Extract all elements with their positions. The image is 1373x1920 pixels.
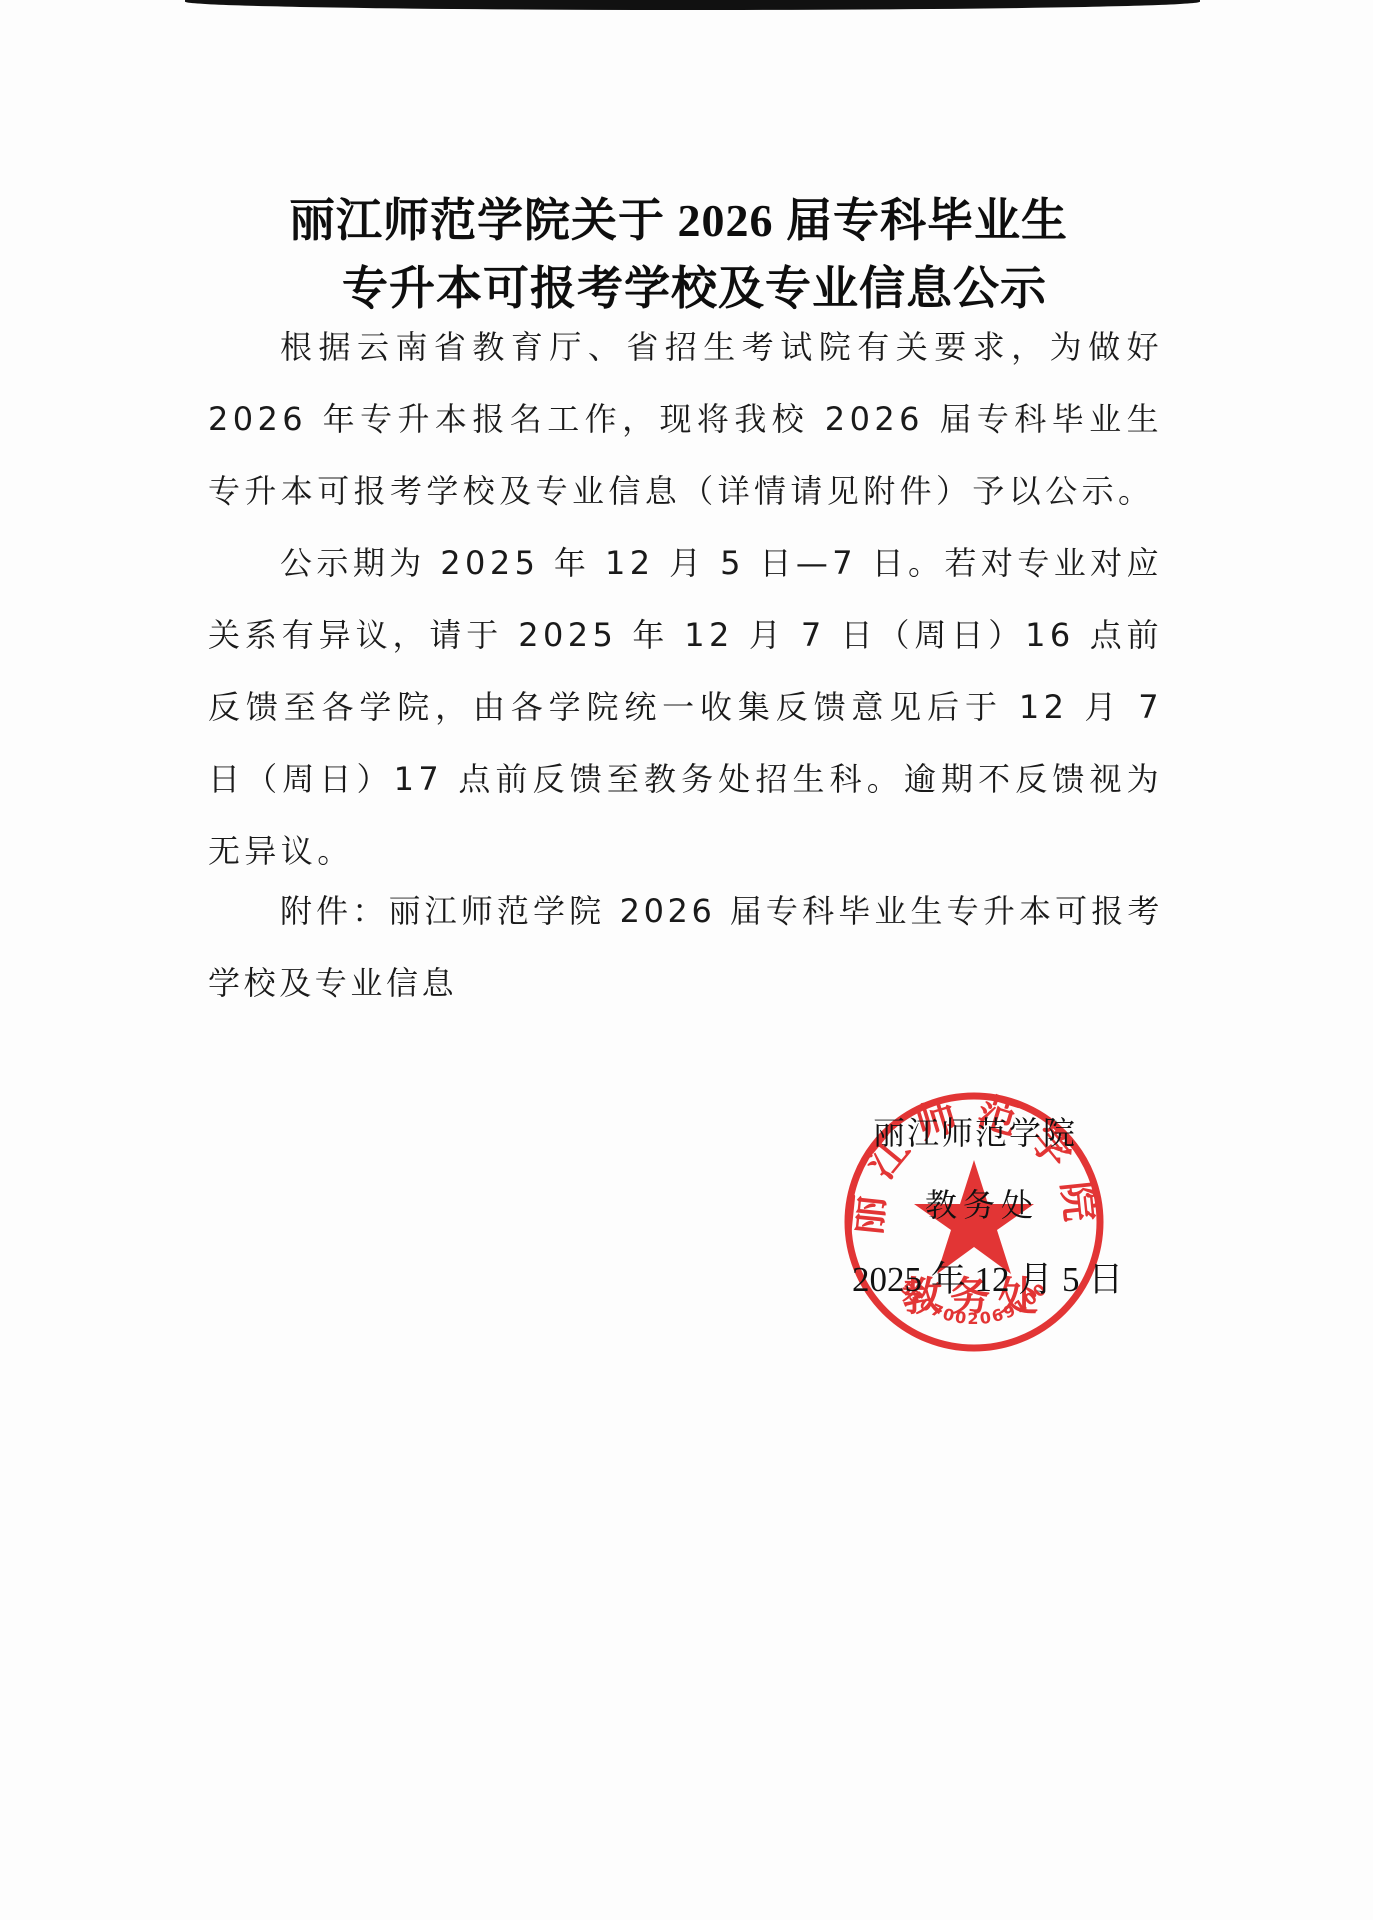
signature-date: 2025 年 12 月 5 日 [852,1252,1123,1302]
document-title-line-1: 丽江师范学院关于 2026 届专科毕业生 [0,184,1365,250]
signature-department: 教务处 [925,1180,1039,1226]
attachment-note: 附件：丽江师范学院 2026 届专科毕业生专升本可报考学校及专业信息 [208,875,1163,1019]
body-paragraph-1: 根据云南省教育厅、省招生考试院有关要求，为做好 2026 年专升本报名工作，现将… [208,311,1163,527]
body-paragraph-2: 公示期为 2025 年 12 月 5 日—7 日。若对专业对应关系有异议，请于 … [208,527,1163,887]
signature-organization: 丽江师范学院 [873,1108,1077,1154]
scan-top-edge-shadow [185,0,1200,10]
document-title-line-2: 专升本可报考学校及专业信息公示 [8,252,1373,318]
